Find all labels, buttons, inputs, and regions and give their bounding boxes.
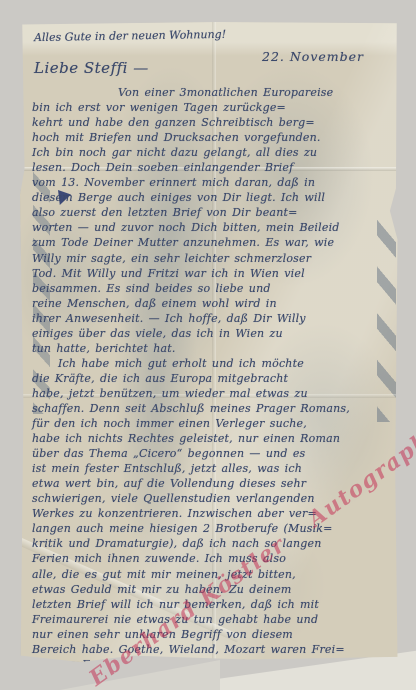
handwritten-line: ihrer Anwesenheit. — Ich hoffe, daß Dir … <box>32 311 394 326</box>
handwritten-line: diesem Berge auch einiges von Dir liegt.… <box>32 190 394 205</box>
handwritten-line: einiges über das viele, das ich in Wien … <box>32 326 394 341</box>
handwritten-line: bin ich erst vor wenigen Tagen zurückge= <box>32 100 394 115</box>
handwritten-line: schwierigen, viele Quellenstudien verlan… <box>32 491 394 506</box>
handwritten-line: schaffen. Denn seit Abschluß meines Prag… <box>32 401 394 416</box>
handwritten-line: etwas Geduld mit mir zu haben. Zu deinem <box>32 582 394 597</box>
handwritten-line: letzten Brief will ich nur bemerken, daß… <box>32 597 394 612</box>
salutation: Liebe Steffi — <box>34 59 149 77</box>
handwritten-line: Ferien mich ihnen zuwende. Ich muss also <box>32 551 394 566</box>
handwritten-line: beisammen. Es sind beides so liebe und <box>32 281 394 296</box>
handwritten-line: Ich bin noch gar nicht dazu gelangt, all… <box>32 145 394 160</box>
letter-body: Von einer 3monatlichen Europareisebin ic… <box>32 85 394 672</box>
handwritten-line: Von einer 3monatlichen Europareise <box>32 85 394 100</box>
handwritten-line: Willy mir sagte, ein sehr leichter schme… <box>32 251 394 266</box>
handwritten-line: kehrt und habe den ganzen Schreibtisch b… <box>32 115 394 130</box>
handwritten-line: Freimaurerei nie etwas zu tun gehabt hab… <box>32 612 394 627</box>
handwritten-line: etwa wert bin, auf die Vollendung dieses… <box>32 476 394 491</box>
handwritten-line: die Kräfte, die ich aus Europa mitgebrac… <box>32 371 394 386</box>
handwritten-line: vom 13. November erinnert mich daran, da… <box>32 175 394 190</box>
handwritten-line: Werkes zu konzentrieren. Inzwischen aber… <box>32 506 394 521</box>
handwritten-line: tun hatte, berichtet hat. <box>32 341 394 356</box>
handwritten-line: Tod. Mit Willy und Fritzi war ich in Wie… <box>32 266 394 281</box>
handwritten-line: reine Menschen, daß einem wohl wird in <box>32 296 394 311</box>
handwritten-line: hoch mit Briefen und Drucksachen vorgefu… <box>32 130 394 145</box>
handwritten-line: Ich habe mich gut erholt und ich möchte <box>32 356 394 371</box>
handwritten-letter: Alles Gute in der neuen Wohnung! 22. Nov… <box>30 28 394 41</box>
handwritten-line: für den ich noch immer einen Verleger su… <box>32 416 394 431</box>
handwritten-line: zum Tode Deiner Mutter anzunehmen. Es wa… <box>32 235 394 250</box>
letter-paper: Alles Gute in der neuen Wohnung! 22. Nov… <box>20 22 399 662</box>
handwritten-line: habe, jetzt benützen, um wieder mal etwa… <box>32 386 394 401</box>
handwritten-line: nur einen sehr unklaren Begriff von dies… <box>32 627 394 642</box>
photo-background: Alles Gute in der neuen Wohnung! 22. Nov… <box>0 0 416 690</box>
handwritten-line: kritik und Dramaturgie), daß ich nach so… <box>32 536 394 551</box>
handwritten-line: also zuerst den letzten Brief von Dir be… <box>32 205 394 220</box>
handwritten-line: langen auch meine hiesigen 2 Brotberufe … <box>32 521 394 536</box>
handwritten-line: habe ich nichts Rechtes geleistet, nur e… <box>32 431 394 446</box>
handwritten-line: alle, die es gut mit mir meinen, jetzt b… <box>32 567 394 582</box>
handwritten-line: über das Thema „Cicero“ begonnen — und e… <box>32 446 394 461</box>
date-line: 22. November <box>262 49 364 64</box>
handwritten-line: Bereich habe. Goethe, Wieland, Mozart wa… <box>32 642 394 657</box>
background-sheet-corner-2 <box>60 660 220 690</box>
handwritten-line: worten — und zuvor noch Dich bitten, mei… <box>32 220 394 235</box>
handwritten-line: ist mein fester Entschluß, jetzt alles, … <box>32 461 394 476</box>
handwritten-line: lesen. Doch Dein soeben einlangender Bri… <box>32 160 394 175</box>
